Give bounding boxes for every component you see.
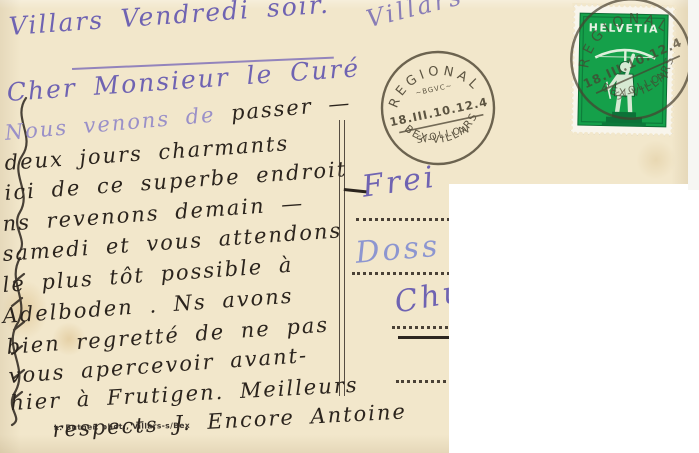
message-line: Villars Vendredi soir.	[8, 0, 331, 39]
scan-edge-strip	[688, 0, 699, 190]
postcard-scan: Villars Vendredi soir. Cher Monsieur le …	[0, 0, 699, 453]
postmark-bex-villars: REGIONAL ~BGVC~ 18.III.10.12.4 S/OLLON B…	[366, 36, 511, 181]
postmark-on-stamp: REGIONAL 18.III.10.12.4 S/OLLON BEX-VILL…	[545, 0, 699, 145]
address-rule-dotted	[356, 218, 456, 221]
divider-line	[339, 120, 345, 396]
white-overlay	[449, 184, 699, 453]
villars-overprint: Villars	[364, 0, 466, 31]
paper-stain	[636, 140, 676, 180]
address-rule-dotted	[352, 272, 456, 275]
address-line: Doss	[354, 229, 442, 271]
message-fragment: passer —	[230, 91, 352, 125]
